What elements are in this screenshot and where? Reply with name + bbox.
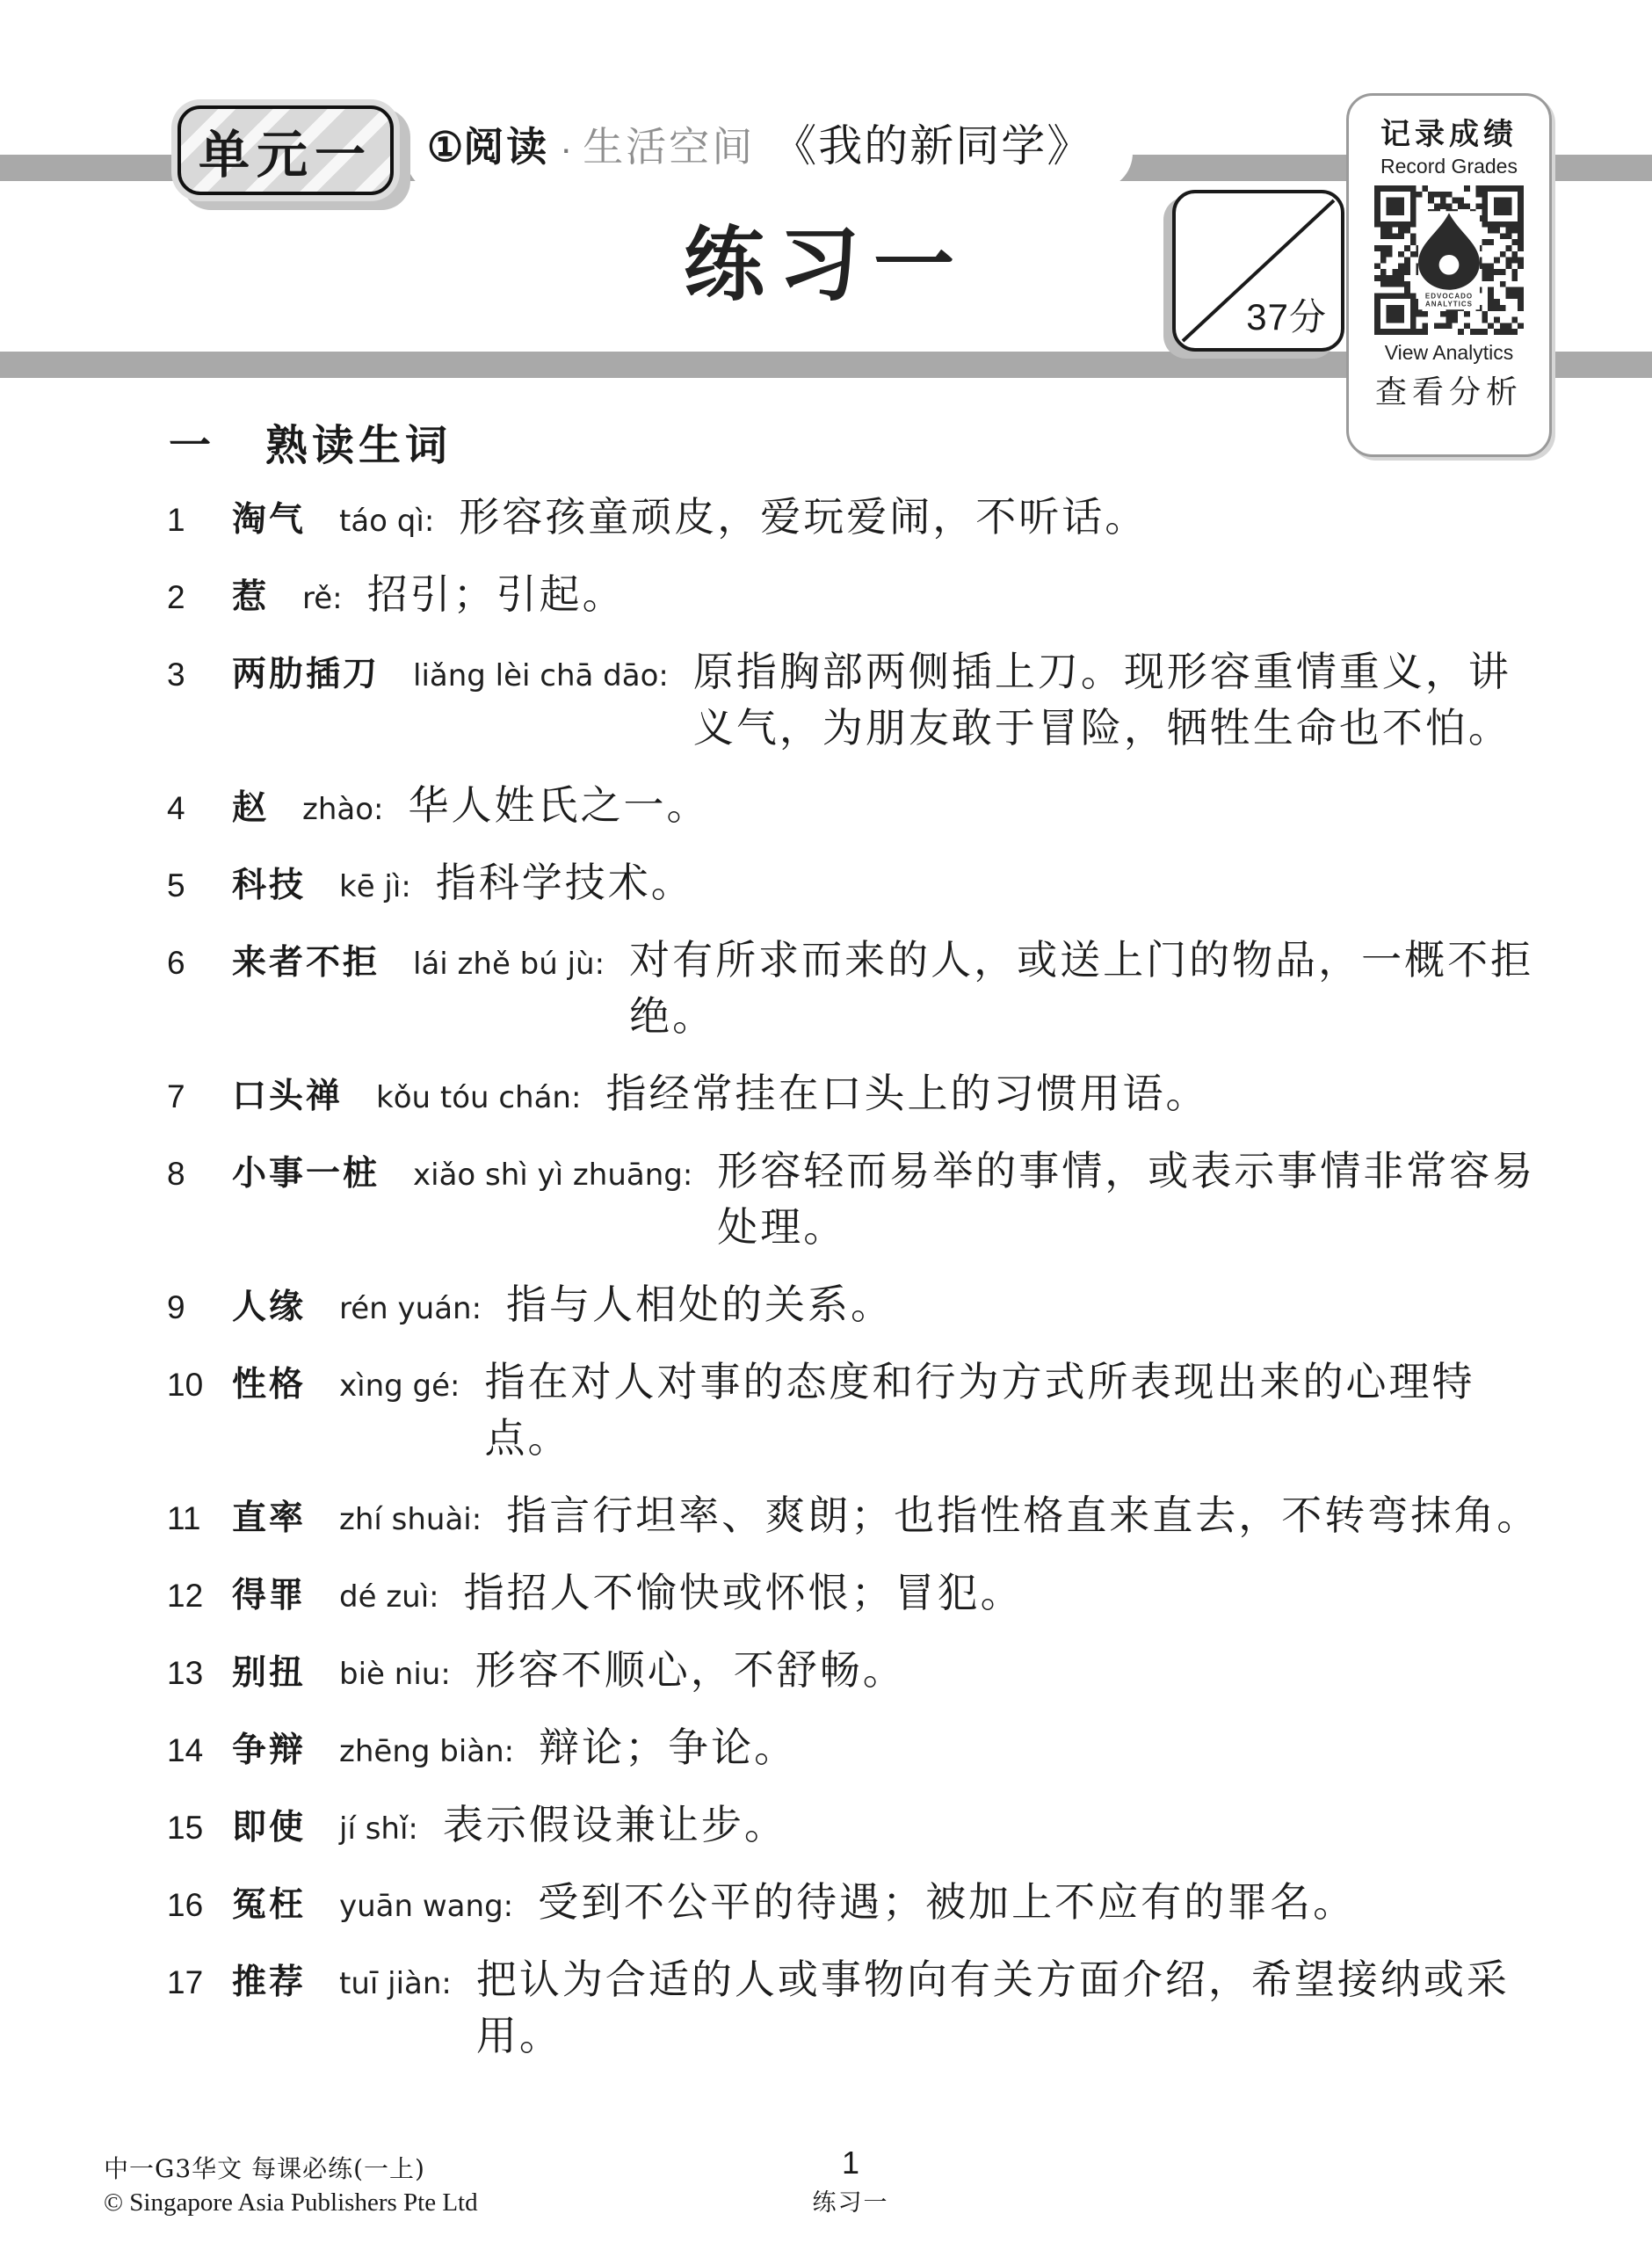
vocab-definition: 受到不公平的待遇；被加上不应有的罪名。	[538, 1874, 1547, 1930]
vocab-pinyin: zhēng biàn:	[339, 1734, 514, 1769]
vocab-definition: 指招人不愉快或怀恨；冒犯。	[464, 1564, 1547, 1621]
vocab-pinyin: biè niu:	[339, 1657, 451, 1692]
vocab-term: 即使	[232, 1800, 306, 1849]
vocab-term: 两肋插刀	[232, 647, 380, 696]
vocab-term: 推荐	[232, 1955, 306, 2004]
vocab-definition: 把认为合适的人或事物向有关方面介绍，希望接纳或采用。	[476, 1951, 1547, 2064]
vocab-definition: 指在对人对事的态度和行为方式所表现出来的心理特点。	[484, 1354, 1547, 1466]
vocab-number: 9	[167, 1289, 232, 1326]
vocab-term: 直率	[232, 1491, 306, 1540]
vocab-number: 10	[167, 1367, 232, 1404]
vocab-item: 10性格xìng gé:指在对人对事的态度和行为方式所表现出来的心理特点。	[167, 1354, 1547, 1466]
lesson-header: ① 阅读 · 生活空间 《我的新同学》	[413, 104, 1115, 185]
vocab-pinyin: yuān wang:	[339, 1889, 513, 1924]
vocab-definition: 指言行坦率、爽朗；也指性格直来直去，不转弯抹角。	[506, 1487, 1547, 1543]
vocab-pinyin: tuī jiàn:	[339, 1966, 452, 2001]
separator-dot: ·	[560, 127, 572, 170]
vocab-term: 来者不拒	[232, 935, 380, 984]
vocab-item: 11直率zhí shuài:指言行坦率、爽朗；也指性格直来直去，不转弯抹角。	[167, 1487, 1547, 1543]
avocado-drop-icon	[1418, 213, 1480, 290]
vocab-term: 性格	[232, 1357, 306, 1406]
vocab-number: 12	[167, 1578, 232, 1615]
vocab-number: 8	[167, 1156, 232, 1193]
vocab-item: 8小事一桩xiǎo shì yì zhuāng:形容轻而易举的事情，或表示事情非…	[167, 1143, 1547, 1255]
vocab-pinyin: jí shǐ:	[339, 1811, 418, 1847]
vocab-number: 2	[167, 579, 232, 616]
vocab-item: 9人缘rén yuán:指与人相处的关系。	[167, 1276, 1547, 1332]
qr-panel-title-en: Record Grades	[1380, 155, 1518, 178]
vocab-item: 7口头禅kǒu tóu chán:指经常挂在口头上的习惯用语。	[167, 1065, 1547, 1121]
vocab-pinyin: kǒu tóu chán:	[376, 1080, 581, 1115]
section-heading: 一 熟读生词	[169, 411, 452, 472]
vocab-item: 1淘气táo qì:形容孩童顽皮，爱玩爱闹，不听话。	[167, 489, 1547, 545]
vocab-pinyin: xìng gé:	[339, 1368, 460, 1404]
vocab-list: 1淘气táo qì:形容孩童顽皮，爱玩爱闹，不听话。2惹rě:招引；引起。3两肋…	[167, 489, 1547, 2085]
vocab-number: 16	[167, 1887, 232, 1924]
vocab-number: 5	[167, 867, 232, 904]
vocab-definition: 原指胸部两侧插上刀。现形容重情重义，讲义气，为朋友敢于冒险，牺牲生命也不怕。	[693, 643, 1547, 756]
vocab-number: 14	[167, 1732, 232, 1769]
vocab-number: 6	[167, 945, 232, 982]
vocab-item: 13别扭biè niu:形容不顺心，不舒畅。	[167, 1642, 1547, 1698]
footer-pagination: 1 练习一	[25, 2145, 1652, 2217]
vocab-number: 7	[167, 1078, 232, 1115]
vocab-term: 别扭	[232, 1645, 306, 1695]
score-total: 37分	[1246, 288, 1327, 341]
vocab-number: 13	[167, 1655, 232, 1692]
vocab-pinyin: zhí shuài:	[339, 1502, 482, 1537]
vocab-item: 14争辩zhēng biàn:辩论；争论。	[167, 1719, 1547, 1775]
vocab-definition: 辩论；争论。	[539, 1719, 1547, 1775]
vocab-term: 冤枉	[232, 1877, 306, 1927]
vocab-pinyin: rě:	[302, 581, 343, 616]
vocab-definition: 形容孩童顽皮，爱玩爱闹，不听话。	[459, 489, 1547, 545]
vocab-definition: 指科学技术。	[436, 854, 1547, 911]
qr-panel: 记录成绩 Record Grades EDVOCADO ANALYTICS Vi…	[1346, 93, 1552, 457]
unit-badge-label: 单元一	[199, 113, 373, 187]
vocab-item: 3两肋插刀liǎng lèi chā dāo:原指胸部两侧插上刀。现形容重情重义…	[167, 643, 1547, 756]
vocab-number: 11	[167, 1500, 232, 1537]
qr-logo-line1: EDVOCADO	[1418, 292, 1480, 300]
vocab-definition: 华人姓氏之一。	[409, 777, 1547, 833]
vocab-item: 6来者不拒lái zhě bú jù:对有所求而来的人，或送上门的物品，一概不拒…	[167, 932, 1547, 1044]
vocab-pinyin: zhào:	[302, 792, 384, 827]
vocab-item: 15即使jí shǐ:表示假设兼让步。	[167, 1796, 1547, 1853]
section-title: 熟读生词	[265, 411, 452, 472]
qr-center-logo: EDVOCADO ANALYTICS	[1418, 211, 1480, 309]
vocab-term: 惹	[232, 570, 269, 619]
vocab-pinyin: liǎng lèi chā dāo:	[413, 658, 669, 693]
workbook-page: 单元一 ① 阅读 · 生活空间 《我的新同学》 练习一 37分 记录成绩 Rec…	[0, 0, 1652, 2250]
lesson-title: 《我的新同学》	[772, 111, 1092, 174]
vocab-term: 争辩	[232, 1723, 306, 1772]
vocab-item: 2惹rě:招引；引起。	[167, 566, 1547, 622]
lesson-number: ①	[427, 123, 463, 171]
vocab-term: 口头禅	[232, 1069, 343, 1118]
qr-panel-footer-en: View Analytics	[1385, 341, 1514, 365]
vocab-item: 4赵zhào:华人姓氏之一。	[167, 777, 1547, 833]
vocab-pinyin: táo qì:	[339, 504, 434, 539]
vocab-definition: 表示假设兼让步。	[443, 1796, 1547, 1853]
vocab-pinyin: kē jì:	[339, 869, 411, 904]
vocab-term: 赵	[232, 780, 269, 830]
vocab-item: 12得罪dé zuì:指招人不愉快或怀恨；冒犯。	[167, 1564, 1547, 1621]
vocab-definition: 指经常挂在口头上的习惯用语。	[605, 1065, 1547, 1121]
vocab-number: 1	[167, 502, 232, 539]
vocab-term: 淘气	[232, 492, 306, 541]
vocab-number: 4	[167, 790, 232, 827]
vocab-term: 小事一桩	[232, 1146, 380, 1195]
section-index: 一	[169, 411, 265, 472]
lesson-theme: 生活空间	[583, 115, 755, 173]
vocab-term: 得罪	[232, 1568, 306, 1617]
lesson-type: 阅读	[463, 115, 549, 173]
vocab-definition: 指与人相处的关系。	[506, 1276, 1547, 1332]
vocab-term: 科技	[232, 858, 306, 907]
vocab-definition: 招引；引起。	[367, 566, 1547, 622]
vocab-number: 15	[167, 1810, 232, 1847]
vocab-number: 3	[167, 657, 232, 693]
vocab-pinyin: lái zhě bú jù:	[413, 947, 605, 982]
vocab-definition: 形容轻而易举的事情，或表示事情非常容易处理。	[717, 1143, 1547, 1255]
qr-panel-title-cn: 记录成绩	[1380, 110, 1518, 153]
vocab-definition: 形容不顺心，不舒畅。	[475, 1642, 1547, 1698]
score-box: 37分	[1172, 190, 1344, 352]
page-number: 1	[25, 2145, 1652, 2181]
qr-logo-line2: ANALYTICS	[1418, 300, 1480, 308]
page-exercise-label: 练习一	[25, 2183, 1652, 2217]
vocab-item: 17推荐tuī jiàn:把认为合适的人或事物向有关方面介绍，希望接纳或采用。	[167, 1951, 1547, 2064]
vocab-definition: 对有所求而来的人，或送上门的物品，一概不拒绝。	[629, 932, 1547, 1044]
qr-panel-footer-cn: 查看分析	[1375, 367, 1523, 412]
vocab-pinyin: dé zuì:	[339, 1579, 439, 1615]
vocab-item: 5科技kē jì:指科学技术。	[167, 854, 1547, 911]
vocab-pinyin: xiǎo shì yì zhuāng:	[413, 1158, 692, 1193]
vocab-term: 人缘	[232, 1280, 306, 1329]
unit-badge: 单元一	[178, 105, 394, 195]
qr-code: EDVOCADO ANALYTICS	[1374, 185, 1524, 335]
vocab-pinyin: rén yuán:	[339, 1291, 482, 1326]
vocab-item: 16冤枉yuān wang:受到不公平的待遇；被加上不应有的罪名。	[167, 1874, 1547, 1930]
vocab-number: 17	[167, 1964, 232, 2001]
